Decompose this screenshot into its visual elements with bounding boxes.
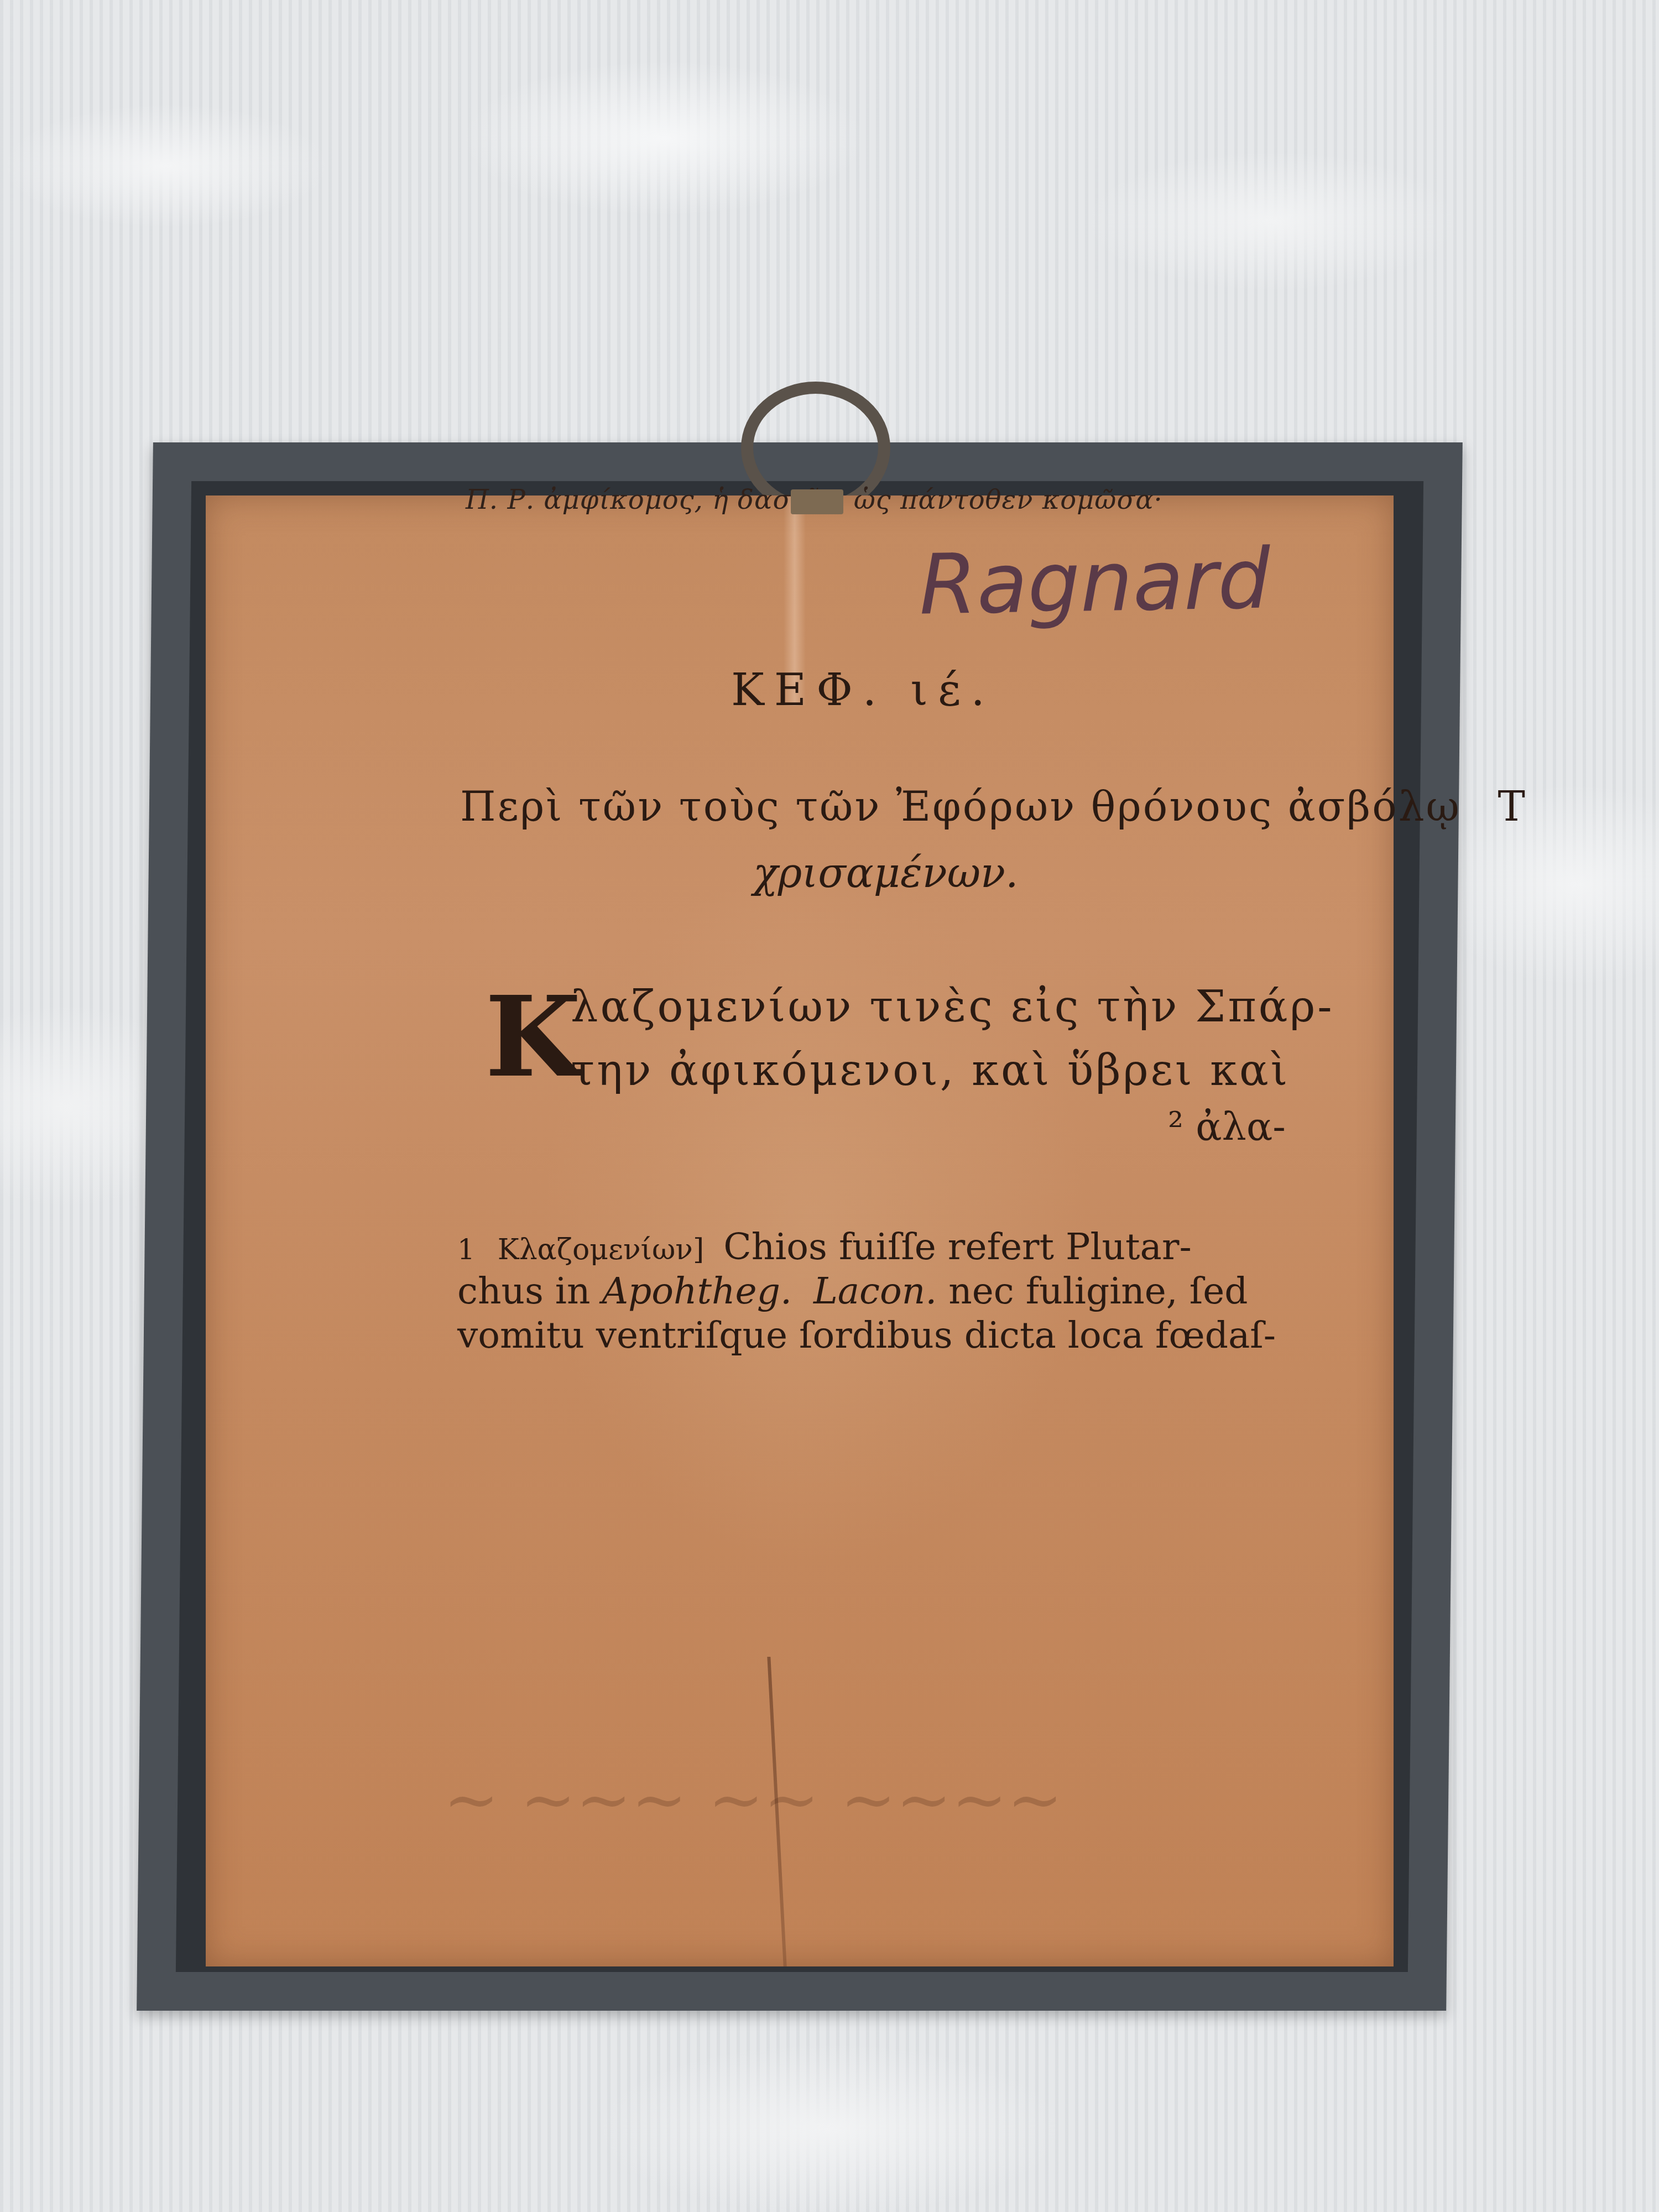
body-line-3: ² ἀλα-: [1168, 1104, 1286, 1149]
footnote-lemma: Κλαζομενίων]: [498, 1233, 704, 1266]
body-line-1: λαζομενίων τινὲς εἰς τὴν Σπάρ-: [571, 982, 1334, 1032]
footnote-work-subtitle: Lacon.: [813, 1270, 937, 1312]
chapter-title-cut-letter: Τ: [1498, 783, 1526, 831]
footnote-work-title: Apohtheg.: [602, 1270, 791, 1312]
faint-pencil-note: ~ ~~~ ~~ ~~~~: [444, 1762, 1063, 1839]
book-page: Π. Ρ. ἀμφίκομος, ἡ δασεῖα, ὡς πάντοθεν κ…: [206, 495, 1394, 1966]
body-line-2: την ἀφικόμενοι, καὶ ὕβρει καὶ: [571, 1046, 1290, 1095]
chapter-title-line-1: Περὶ τῶν τοὺς τῶν Ἐφόρων θρόνους ἀσβόλῳ …: [460, 783, 1527, 831]
footnote-line-1: 1 Κλαζομενίων] Chios fuiſſe refert Pluta…: [457, 1225, 1192, 1268]
chapter-title-line-2: χρισαμένων.: [753, 849, 1018, 897]
footnote-line-2-prefix: chus in: [457, 1270, 602, 1312]
chapter-heading: ΚΕΦ. ιέ.: [731, 664, 995, 716]
footnote-line-3: vomitu ventriſque ſordibus dicta loca fœ…: [457, 1314, 1276, 1357]
footnote-number: 1: [457, 1234, 475, 1266]
drop-cap: Κ: [485, 982, 581, 1093]
ring-clip: [791, 489, 843, 514]
footnote-line-2: chus in Apohtheg. Lacon. nec fuligine, ſ…: [457, 1270, 1248, 1312]
handwritten-signature: Ragnard: [919, 531, 1271, 633]
footnote-text: Chios fuiſſe refert Plutar-: [723, 1225, 1192, 1268]
footnote-line-2-rest: nec fuligine, ſed: [948, 1270, 1248, 1312]
chapter-title-text: Περὶ τῶν τοὺς τῶν Ἐφόρων θρόνους ἀσβόλῳ: [460, 783, 1461, 831]
